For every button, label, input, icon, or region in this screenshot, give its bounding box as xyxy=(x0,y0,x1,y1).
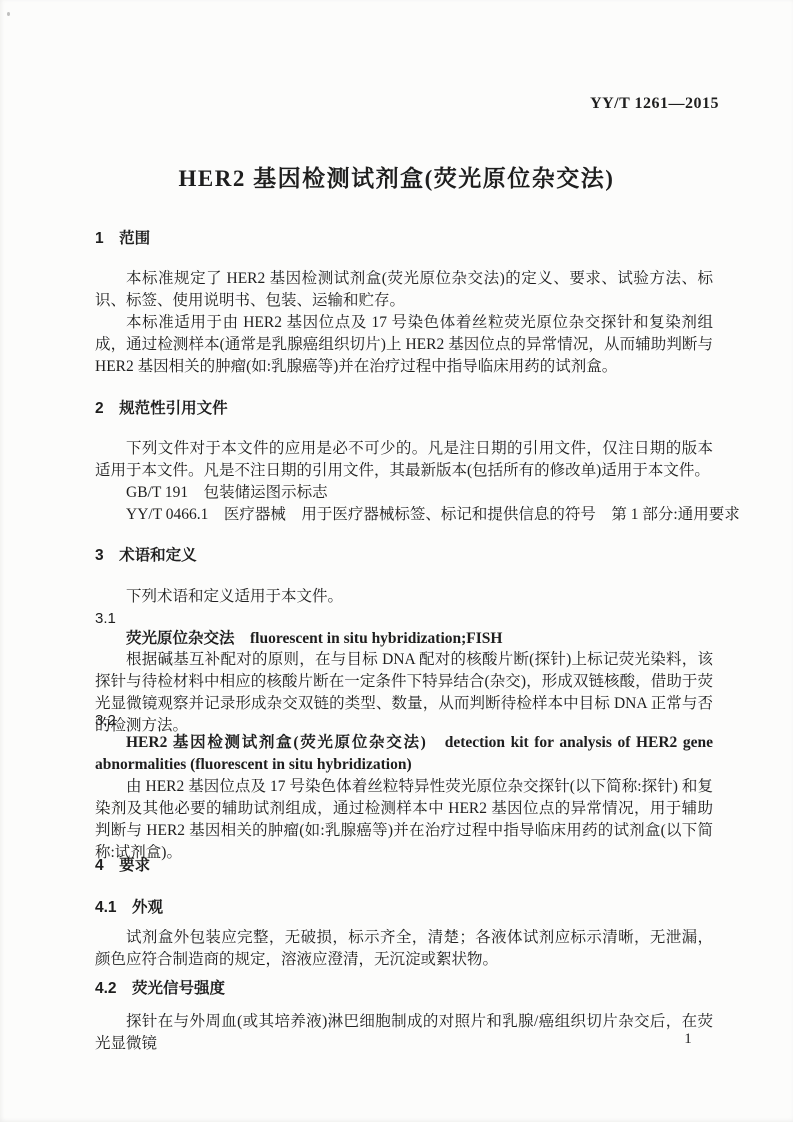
term-3-2-number: 3.2 xyxy=(95,711,713,731)
document-title: HER2 基因检测试剂盒(荧光原位杂交法) xyxy=(0,160,793,193)
terms-intro: 下列术语和定义适用于本文件。 xyxy=(95,586,713,608)
normative-refs-paragraph: 下列文件对于本文件的应用是必不可少的。凡是注日期的引用文件，仅注日期的版本适用于… xyxy=(95,438,713,482)
term-3-1-number: 3.1 xyxy=(95,609,713,629)
section-4-2-body: 探针在与外周血(或其培养液)淋巴细胞制成的对照片和乳腺/癌组织切片杂交后，在荧光… xyxy=(95,1011,713,1055)
term-3-2-title: HER2 基因检测试剂盒(荧光原位杂交法) detection kit for … xyxy=(95,732,713,776)
reference-yyt-0466: YY/T 0466.1 医疗器械 用于医疗器械标签、标记和提供信息的符号 第 1… xyxy=(95,504,713,526)
section-1-body: 本标准规定了 HER2 基因检测试剂盒(荧光原位杂交法)的定义、要求、试验方法、… xyxy=(95,268,713,378)
term-3-1-title: 荧光原位杂交法 fluorescent in situ hybridizatio… xyxy=(95,628,713,650)
section-4-2-heading: 4.2 荧光信号强度 xyxy=(95,979,713,999)
section-4-1-heading: 4.1 外观 xyxy=(95,898,713,918)
appearance-paragraph: 试剂盒外包装应完整，无破损，标示齐全，清楚；各液体试剂应标示清晰，无泄漏，颜色应… xyxy=(95,927,713,971)
standard-number: YY/T 1261—2015 xyxy=(590,95,719,113)
section-4-1-body: 试剂盒外包装应完整，无破损，标示齐全，清楚；各液体试剂应标示清晰，无泄漏，颜色应… xyxy=(95,927,713,971)
section-4-heading: 4 要求 xyxy=(95,856,713,876)
reference-gbt-191: GB/T 191 包装储运图示标志 xyxy=(95,482,713,504)
term-3-2-definition: 由 HER2 基因位点及 17 号染色体着丝粒特异性荧光原位杂交探针(以下简称:… xyxy=(95,776,713,864)
page-number: 1 xyxy=(676,1031,700,1048)
section-2-heading: 2 规范性引用文件 xyxy=(95,399,713,419)
section-2-body: 下列文件对于本文件的应用是必不可少的。凡是注日期的引用文件，仅注日期的版本适用于… xyxy=(95,438,713,482)
section-1-heading: 1 范围 xyxy=(95,229,713,249)
document-page: YY/T 1261—2015 HER2 基因检测试剂盒(荧光原位杂交法) 1 范… xyxy=(0,0,793,1122)
fluorescence-signal-paragraph: 探针在与外周血(或其培养液)淋巴细胞制成的对照片和乳腺/癌组织切片杂交后，在荧光… xyxy=(95,1011,713,1055)
scan-artifact xyxy=(7,12,10,16)
scope-paragraph-2: 本标准适用于由 HER2 基因位点及 17 号染色体着丝粒荧光原位杂交探针和复染… xyxy=(95,312,713,378)
scope-paragraph-1: 本标准规定了 HER2 基因检测试剂盒(荧光原位杂交法)的定义、要求、试验方法、… xyxy=(95,268,713,312)
section-3-heading: 3 术语和定义 xyxy=(95,546,713,566)
